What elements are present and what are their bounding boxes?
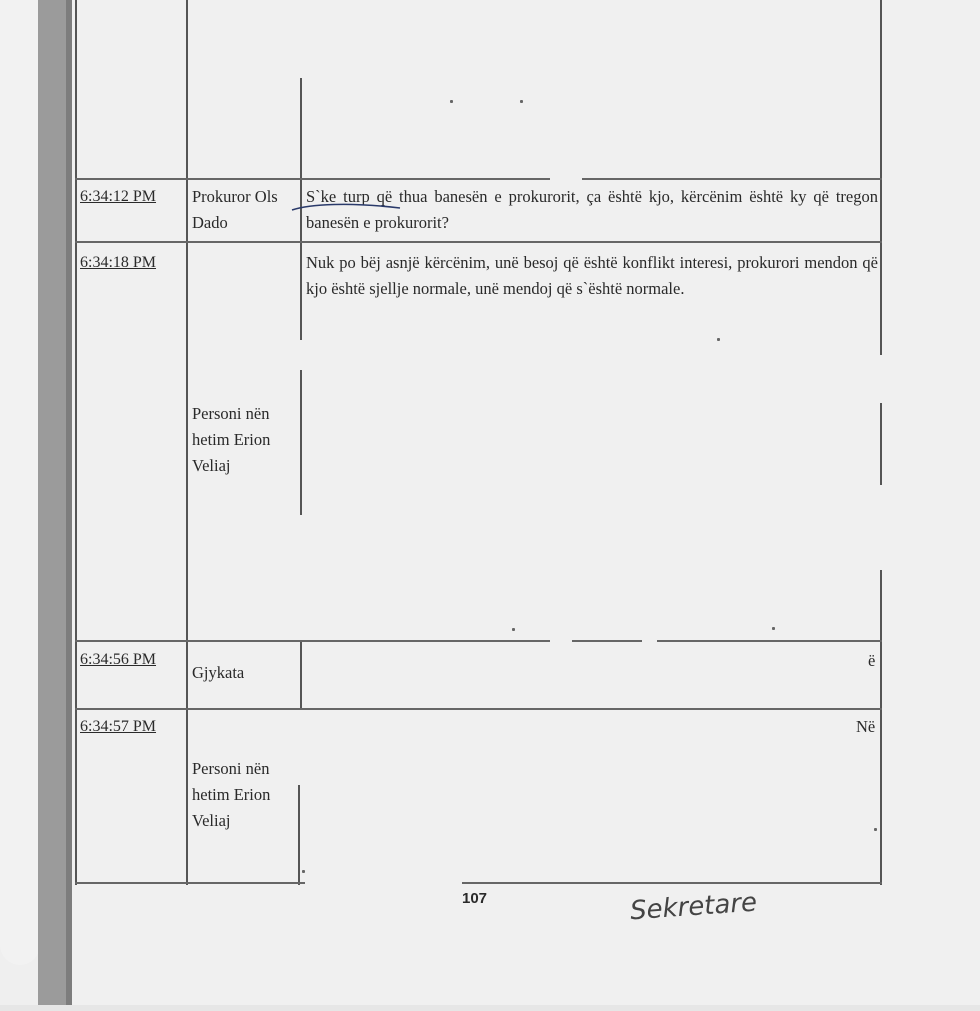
column-divider-2 bbox=[300, 78, 302, 178]
row-separator bbox=[75, 241, 882, 243]
speech-text: Në bbox=[856, 714, 875, 740]
row-separator bbox=[75, 178, 375, 180]
scan-speck bbox=[520, 100, 523, 103]
timestamp: 6:34:57 PM bbox=[80, 714, 156, 740]
table-border-right bbox=[880, 570, 882, 885]
table-border-right bbox=[880, 403, 882, 485]
scan-speck bbox=[874, 828, 877, 831]
column-divider-2 bbox=[300, 370, 302, 515]
speaker-name: Prokuror Ols Dado bbox=[192, 184, 297, 236]
speech-text: ë bbox=[868, 648, 875, 674]
scan-bottom-edge bbox=[0, 1005, 980, 1011]
scan-speck bbox=[450, 100, 453, 103]
row-separator bbox=[375, 178, 550, 180]
column-divider-2 bbox=[300, 640, 302, 708]
table-border-bottom bbox=[75, 882, 305, 884]
column-divider-2 bbox=[298, 785, 300, 885]
row-separator bbox=[582, 178, 882, 180]
pen-underline-mark bbox=[290, 200, 410, 216]
page-number: 107 bbox=[462, 890, 487, 907]
scan-speck bbox=[302, 870, 305, 873]
row-separator bbox=[75, 640, 550, 642]
scan-speck bbox=[717, 338, 720, 341]
table-border-left bbox=[75, 0, 77, 885]
scan-speck bbox=[772, 627, 775, 630]
binding-tab bbox=[0, 0, 40, 965]
speaker-name: Gjykata bbox=[192, 660, 297, 686]
row-separator bbox=[657, 640, 882, 642]
speech-text: Nuk po bëj asnjë kërcënim, unë besoj që … bbox=[306, 250, 878, 302]
speaker-name: Personi nën hetim Erion Veliaj bbox=[192, 401, 297, 479]
column-divider-1 bbox=[186, 0, 188, 885]
speaker-name: Personi nën hetim Erion Veliaj bbox=[192, 756, 297, 834]
scanned-page: 6:34:12 PM Prokuror Ols Dado S`ke turp q… bbox=[72, 0, 980, 1005]
table-border-bottom bbox=[462, 882, 882, 884]
timestamp: 6:34:12 PM bbox=[80, 184, 156, 210]
scan-speck bbox=[512, 628, 515, 631]
timestamp: 6:34:56 PM bbox=[80, 647, 156, 673]
row-separator bbox=[75, 708, 882, 710]
row-separator bbox=[572, 640, 642, 642]
timestamp: 6:34:18 PM bbox=[80, 250, 156, 276]
